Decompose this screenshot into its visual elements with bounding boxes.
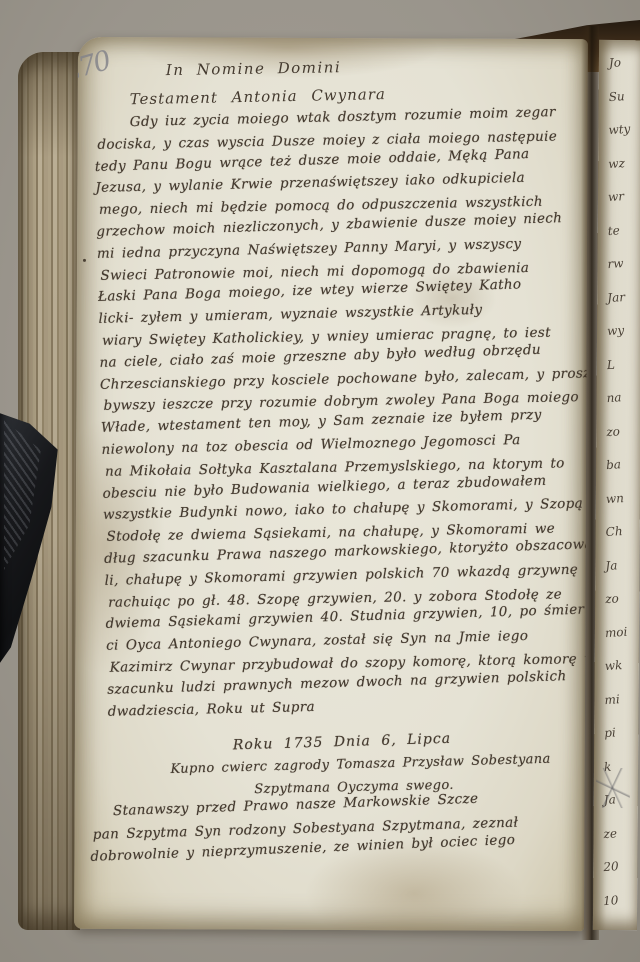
facing-page-line-fragment: Su — [608, 79, 640, 115]
facing-page-line-fragment: wy — [606, 313, 640, 349]
facing-page-line-fragment: wty — [607, 112, 640, 148]
facing-page-line-fragment: mi — [603, 681, 639, 717]
invocation-heading: In Nomine Domini — [166, 58, 342, 79]
testament-body-text: Gdy iuz zycia moiego wtak dosztym rozumi… — [94, 101, 588, 723]
facing-page-line-fragment: pi — [603, 715, 639, 751]
facing-page-line-fragment: na — [606, 380, 640, 416]
manuscript-page: 270 In Nomine Domini Testament Antonia C… — [74, 37, 588, 931]
facing-page-line-fragment: Ch — [605, 514, 640, 550]
pencil-scribble — [596, 768, 630, 808]
facing-page-line-fragment: zo — [604, 581, 640, 617]
facing-page-line-fragment: wr — [607, 179, 640, 215]
facing-page-line-fragment: wn — [605, 481, 640, 517]
facing-page-line-fragment: wk — [604, 648, 640, 684]
facing-page-line-fragment: 20 — [602, 849, 638, 885]
facing-page-line-fragment: Ja — [604, 547, 640, 583]
facing-page-line-fragment: L — [606, 347, 640, 383]
facing-page-line-fragment: zo — [605, 414, 640, 450]
facing-page-line-fragment: te — [607, 213, 640, 249]
facing-page-line-fragment: 10 — [602, 882, 638, 918]
facing-page-line-fragment: rw — [607, 246, 640, 282]
facing-page-line-fragment: Jo — [608, 45, 640, 81]
facing-page-line-fragment: ze — [603, 815, 639, 851]
facing-page-line-fragment: moi — [604, 614, 640, 650]
facing-page-line-fragment: wz — [607, 146, 640, 182]
folio-number: 270 — [74, 45, 113, 87]
margin-ink-dot — [83, 259, 86, 262]
testament-title: Testament Antonia Cwynara — [130, 85, 386, 108]
facing-page-edge: JoSuwtywzwrterwJarwyLnazobawnChJazomoiwk… — [593, 40, 640, 930]
photo-of-open-manuscript-book: 270 In Nomine Domini Testament Antonia C… — [0, 0, 640, 962]
facing-page-line-fragment: Jar — [606, 280, 640, 316]
purchase-entry-text: Stanawszy przed Prawo nasze Markowskie S… — [89, 784, 588, 868]
facing-page-line-fragment: ba — [605, 447, 640, 483]
